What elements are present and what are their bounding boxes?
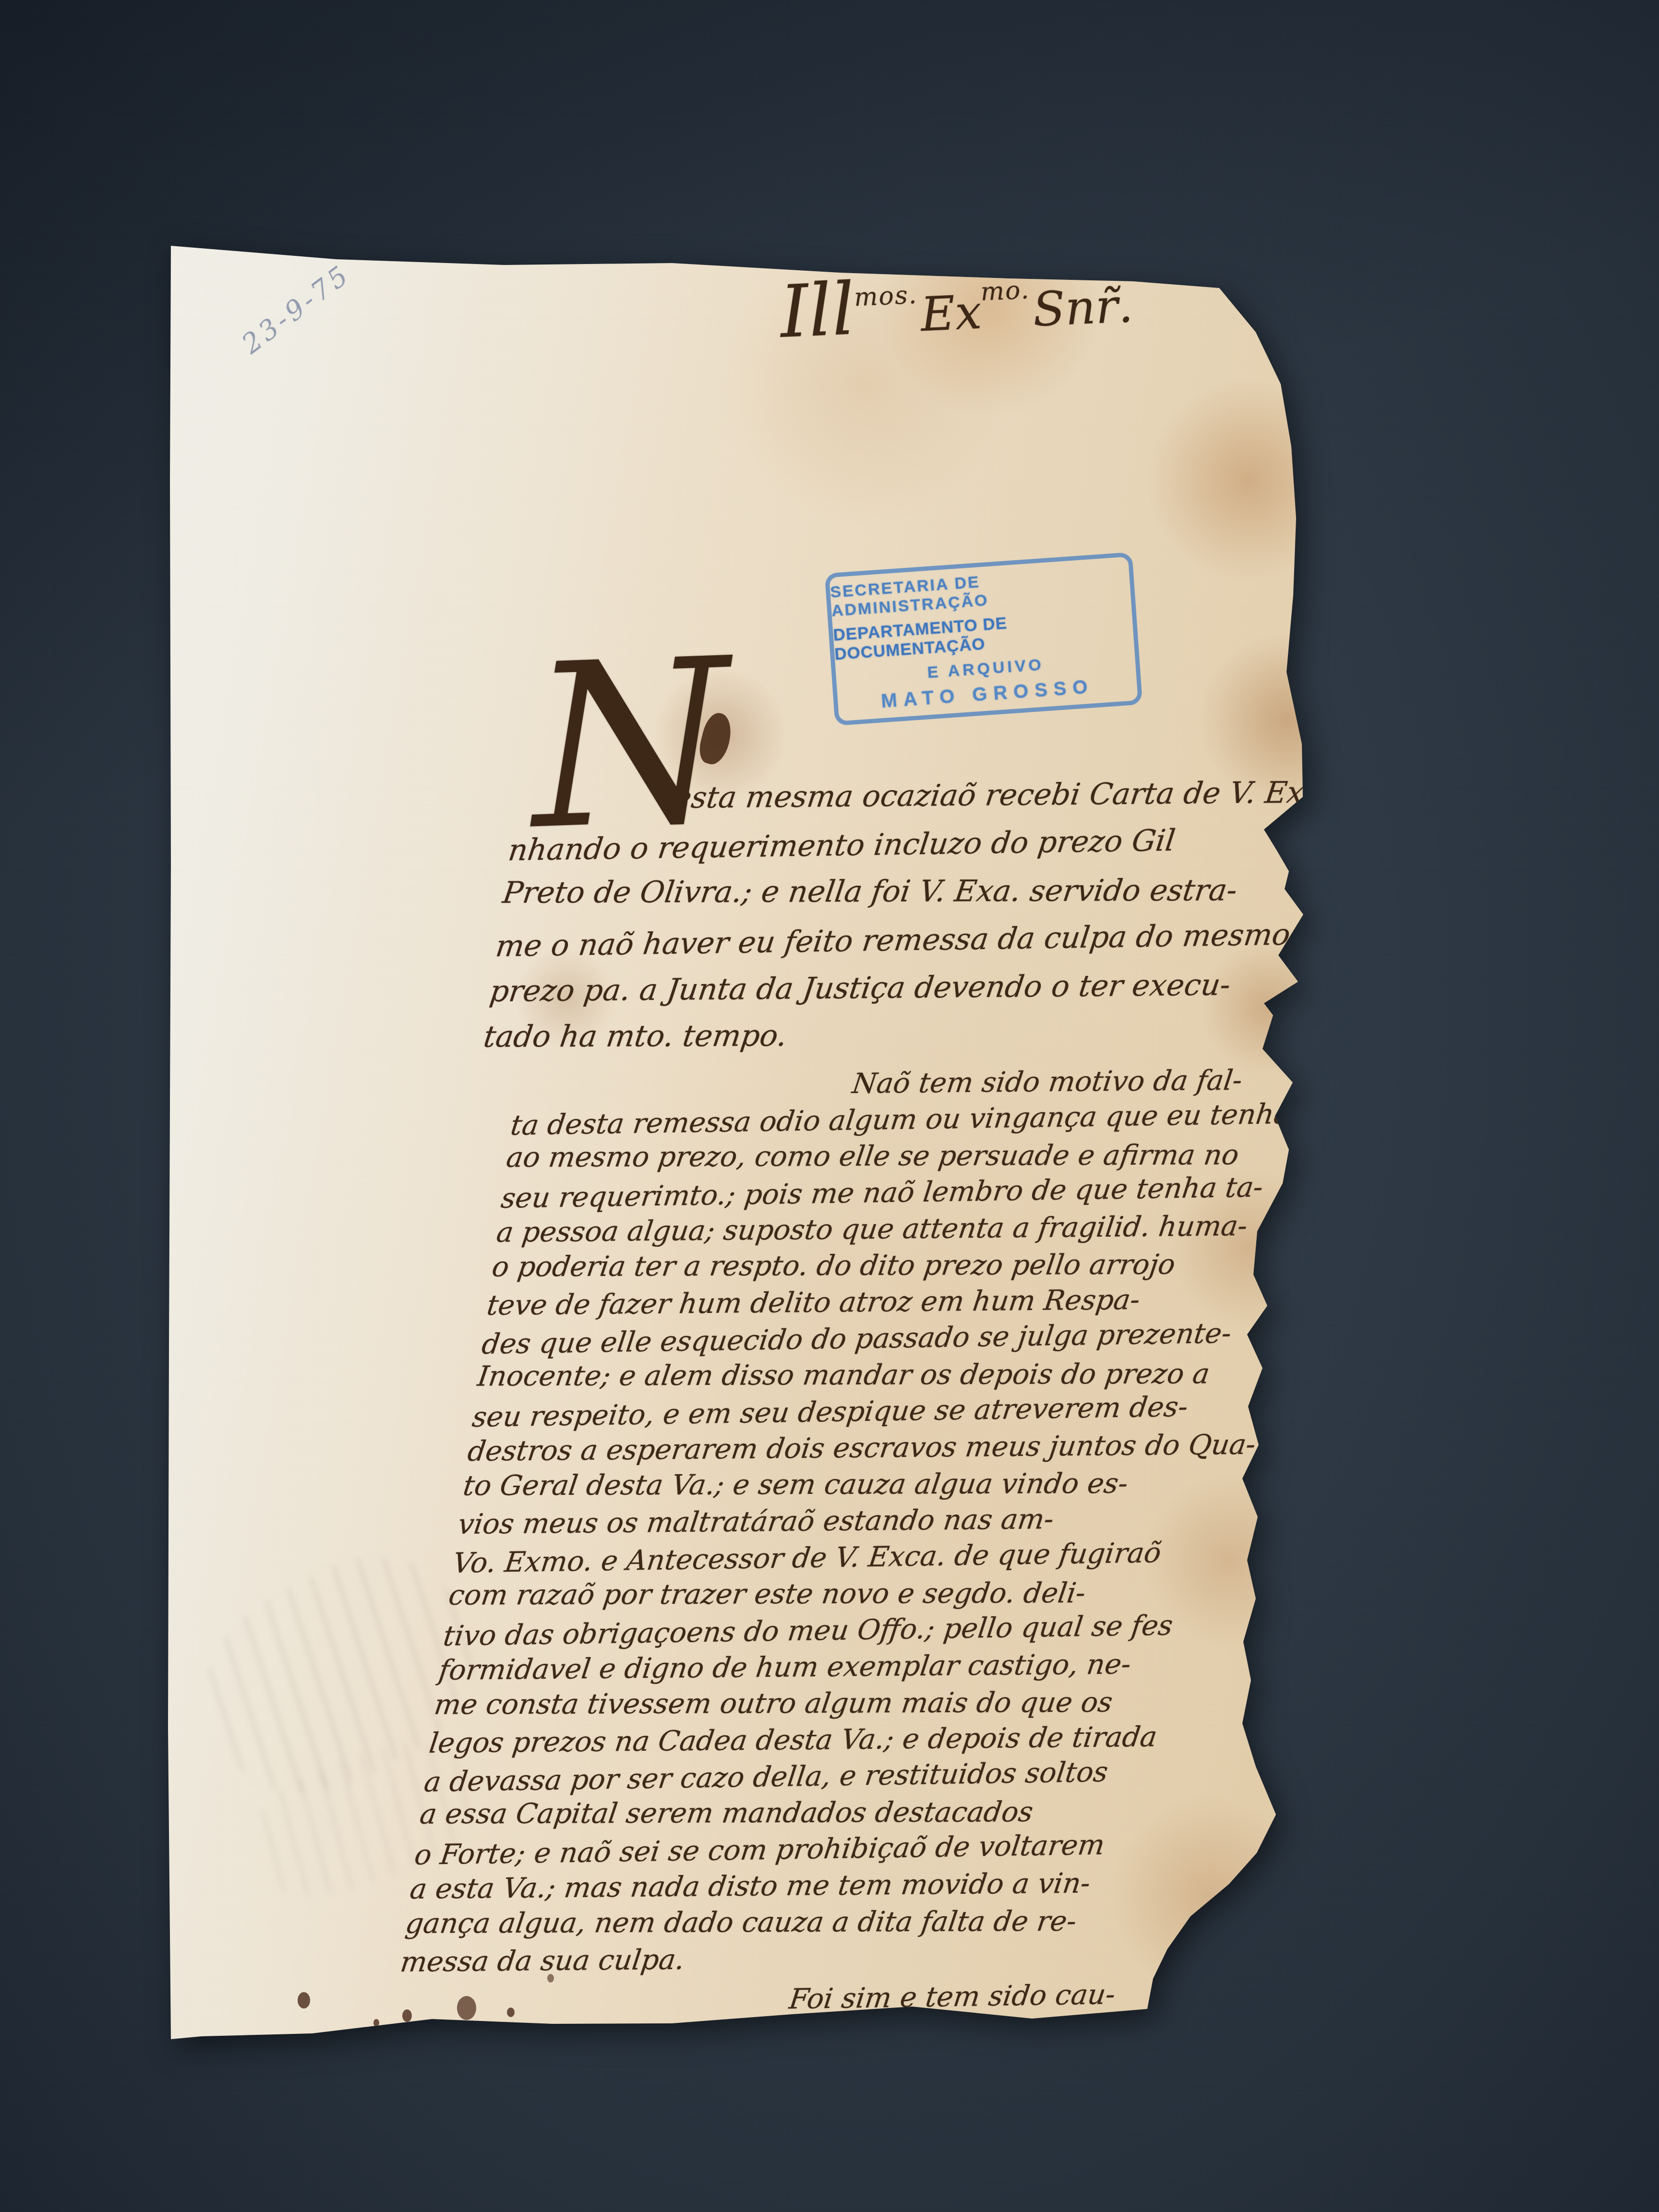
- letter-line: to Geral desta Va.; e sem cauza algua vi…: [461, 1465, 1253, 1504]
- stamp-line-4: MATO GROSSO: [880, 676, 1094, 713]
- paper-shadow: 23-9-75 Illmos. Exmo. Snr̃. SECRETARIA D…: [0, 0, 1659, 2212]
- salutation-exmo: Ex: [920, 285, 983, 342]
- letter-line: me consta tivessem outro algum mais do q…: [432, 1683, 1224, 1723]
- document-paper: 23-9-75 Illmos. Exmo. Snr̃. SECRETARIA D…: [0, 0, 1659, 2212]
- salutation-illmo-sup: mos.: [854, 281, 918, 313]
- letter-paragraph-2: Naõ tem sido motivo da fal- ta desta rem…: [393, 1061, 1306, 2020]
- archive-stamp: SECRETARIA DE ADMINISTRAÇÃO DEPARTAMENTO…: [825, 552, 1143, 726]
- ink-speck: [373, 2019, 379, 2027]
- letter-line: messa da sua culpa.: [398, 1937, 1191, 1980]
- ink-speck: [547, 1974, 554, 1983]
- letter-line: esta mesma ocaziaõ recebi Carta de V. Ex…: [671, 767, 1488, 822]
- salutation: Illmos. Exmo. Snr̃.: [779, 261, 1134, 349]
- ink-speck: [1084, 2079, 1096, 2093]
- letter-line: o poderia ter a respto. do dito prezo pe…: [490, 1246, 1282, 1285]
- salutation-senhor: Snr̃.: [1032, 278, 1134, 337]
- ink-speck: [298, 1992, 310, 2008]
- stamp-line-3: E ARQUIVO: [926, 655, 1045, 682]
- salutation-illmo: Ill: [779, 267, 857, 354]
- archival-date-note: 23-9-75: [236, 259, 357, 360]
- ink-speck: [402, 2009, 412, 2022]
- letter-line: gança algua, nem dado cauza a dita falta…: [403, 1902, 1195, 1942]
- letter-closing-line: Foi sim e tem sido cau-: [787, 1975, 1186, 2017]
- letter-line: nhando o requerimento incluzo do prezo G…: [505, 812, 1482, 874]
- letter-line: Preto de Olivra.; e nella foi V. Exa. se…: [500, 866, 1475, 917]
- salutation-exmo-sup: mo.: [980, 276, 1031, 306]
- letter-paragraph-1: esta mesma ocaziaõ recebi Carta de V. Ex…: [481, 767, 1488, 1063]
- ink-speck: [457, 1996, 476, 2020]
- ink-speck: [507, 2008, 515, 2017]
- letter-line: Naõ tem sido motivo da fal-: [850, 1061, 1306, 1102]
- letter-line: tado ha mto. tempo.: [481, 1010, 1456, 1061]
- letter-line: me o naõ haver eu feito remessa da culpa…: [493, 908, 1469, 970]
- photo-background: 23-9-75 Illmos. Exmo. Snr̃. SECRETARIA D…: [0, 0, 1659, 2212]
